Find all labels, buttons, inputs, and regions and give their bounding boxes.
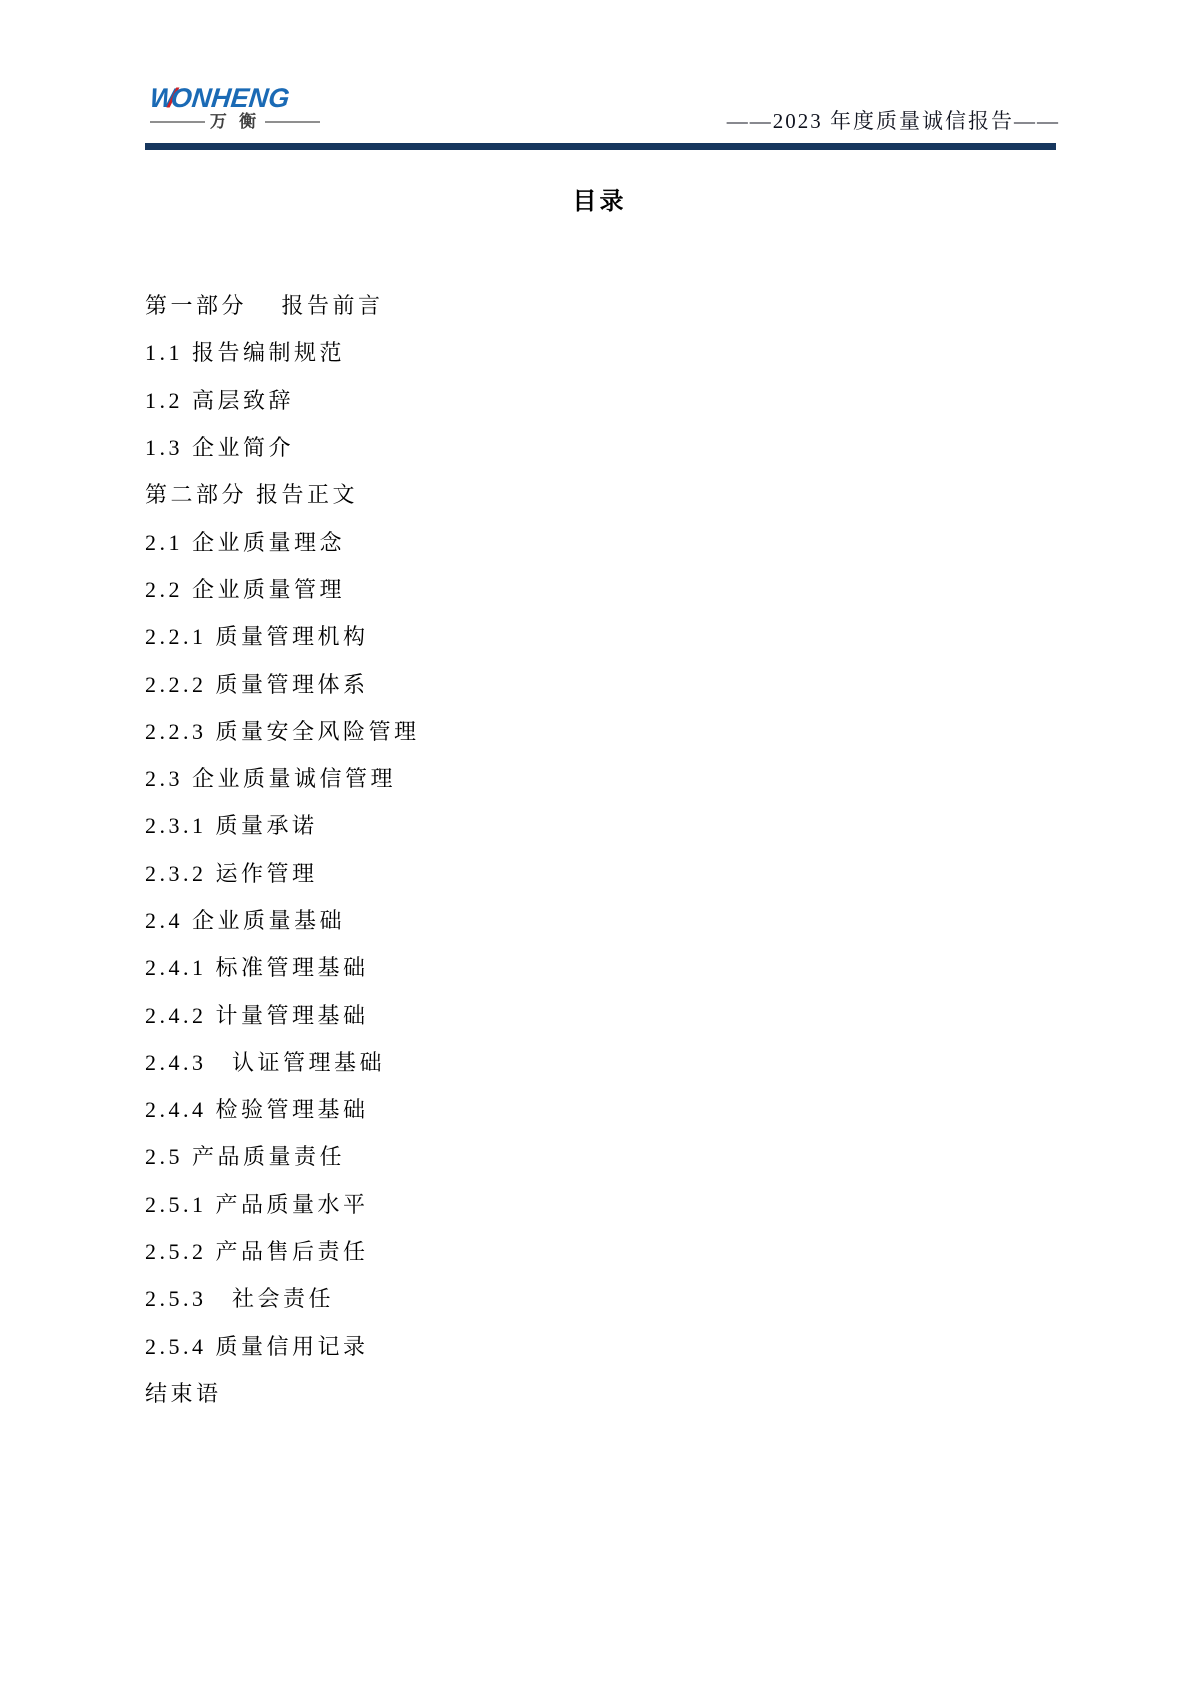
logo-rule-right xyxy=(265,121,320,123)
report-title: ——2023 年度质量诚信报告—— xyxy=(727,106,1060,136)
toc-item: 2.1 企业质量理念 xyxy=(145,517,420,564)
toc-item: 2.5.2 产品售后责任 xyxy=(145,1227,420,1274)
document-page: W/ONHENG 万 衡 ——2023 年度质量诚信报告—— 目录 第一部分 报… xyxy=(0,0,1199,1708)
toc-item: 1.2 高层致辞 xyxy=(145,376,420,423)
toc-item: 结束语 xyxy=(145,1369,420,1416)
logo-rule-left xyxy=(150,121,205,123)
toc-item: 2.4.1 标准管理基础 xyxy=(145,943,420,990)
logo-chinese-name: 万 衡 xyxy=(210,113,260,130)
logo-wordmark: W/ONHENG xyxy=(149,84,324,112)
toc-item: 2.2.2 质量管理体系 xyxy=(145,659,420,706)
toc-item: 2.5.1 产品质量水平 xyxy=(145,1180,420,1227)
toc-item: 2.3.2 运作管理 xyxy=(145,849,420,896)
logo-wordmark-rest: ONHENG xyxy=(169,83,291,113)
toc-item: 2.4.3 认证管理基础 xyxy=(145,1038,420,1085)
toc-item: 2.5 产品质量责任 xyxy=(145,1132,420,1179)
table-of-contents: 第一部分 报告前言 1.1 报告编制规范 1.2 高层致辞 1.3 企业简介 第… xyxy=(145,281,420,1416)
toc-item: 2.2.1 质量管理机构 xyxy=(145,612,420,659)
toc-item: 2.2 企业质量管理 xyxy=(145,565,420,612)
page-title: 目录 xyxy=(0,181,1199,216)
toc-item: 第二部分 报告正文 xyxy=(145,470,420,517)
toc-item: 2.4.4 检验管理基础 xyxy=(145,1085,420,1132)
toc-item: 2.5.4 质量信用记录 xyxy=(145,1322,420,1369)
company-logo: W/ONHENG 万 衡 xyxy=(150,84,322,130)
toc-item: 1.3 企业简介 xyxy=(145,423,420,470)
header-divider-bar xyxy=(145,143,1056,150)
toc-item: 1.1 报告编制规范 xyxy=(145,328,420,375)
logo-subline: 万 衡 xyxy=(150,113,320,130)
toc-item: 2.2.3 质量安全风险管理 xyxy=(145,707,420,754)
toc-item: 2.4.2 计量管理基础 xyxy=(145,990,420,1037)
toc-item: 2.4 企业质量基础 xyxy=(145,896,420,943)
toc-item: 2.5.3 社会责任 xyxy=(145,1274,420,1321)
toc-item: 2.3.1 质量承诺 xyxy=(145,801,420,848)
toc-item: 第一部分 报告前言 xyxy=(145,281,420,328)
toc-item: 2.3 企业质量诚信管理 xyxy=(145,754,420,801)
